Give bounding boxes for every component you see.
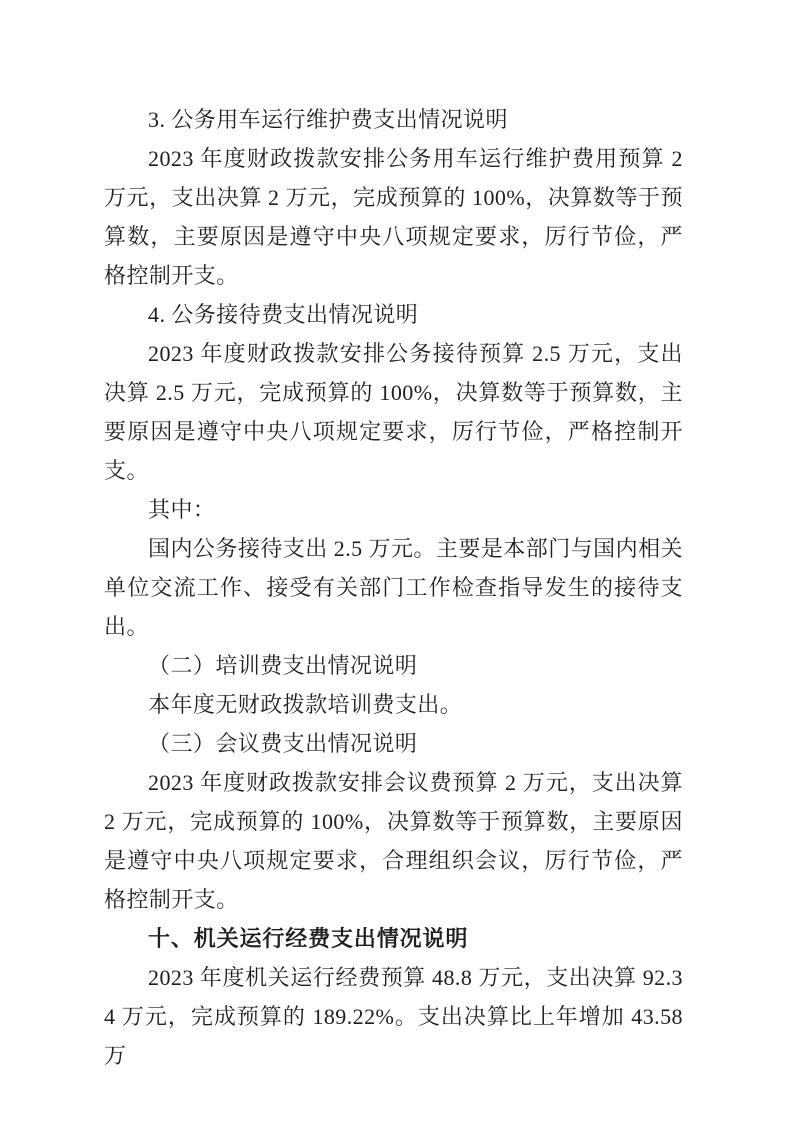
vehicle-maintenance-body: 2023 年度财政拨款安排公务用车运行维护费用预算 2 万元，支出决算 2 万元… [104,139,683,295]
among-which-label: 其中： [104,490,683,529]
agency-operating-heading: 十、机关运行经费支出情况说明 [104,919,683,958]
meeting-expense-heading: （三）会议费支出情况说明 [104,724,683,763]
domestic-reception-body: 国内公务接待支出 2.5 万元。主要是本部门与国内相关单位交流工作、接受有关部门… [104,529,683,646]
training-expense-heading: （二）培训费支出情况说明 [104,646,683,685]
agency-operating-body: 2023 年度机关运行经费预算 48.8 万元，支出决算 92.34 万元，完成… [104,958,683,1075]
document-text-block: 3. 公务用车运行维护费支出情况说明 2023 年度财政拨款安排公务用车运行维护… [104,100,683,1075]
meeting-expense-body: 2023 年度财政拨款安排会议费预算 2 万元，支出决算 2 万元，完成预算的 … [104,763,683,919]
official-reception-body: 2023 年度财政拨款安排公务接待预算 2.5 万元，支出决算 2.5 万元，完… [104,334,683,490]
official-reception-heading: 4. 公务接待费支出情况说明 [104,295,683,334]
vehicle-maintenance-heading: 3. 公务用车运行维护费支出情况说明 [104,100,683,139]
training-expense-body: 本年度无财政拨款培训费支出。 [104,685,683,724]
document-page: 3. 公务用车运行维护费支出情况说明 2023 年度财政拨款安排公务用车运行维护… [0,0,793,1122]
